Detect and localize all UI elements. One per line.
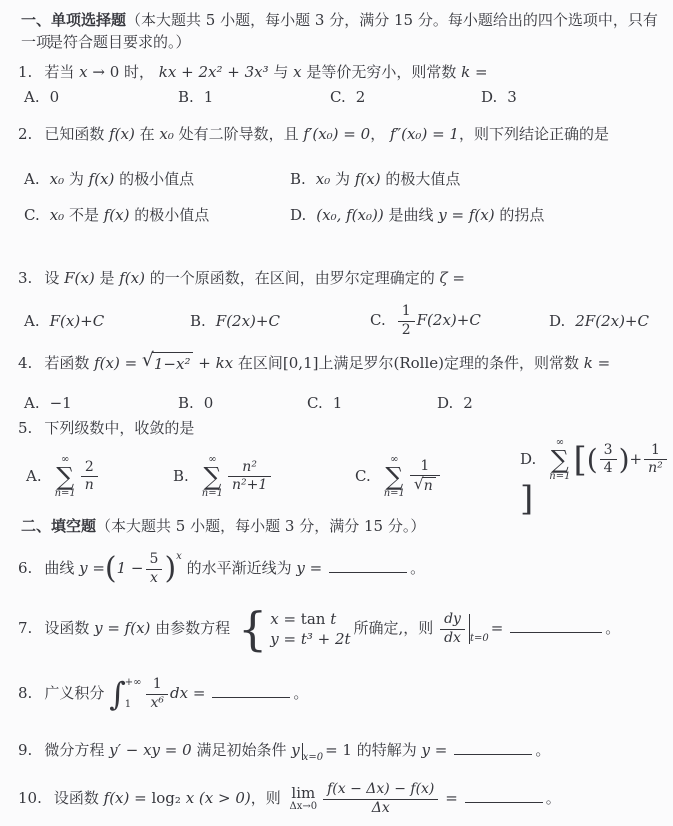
q10-x: x xyxy=(181,789,199,807)
q10-limit: limΔx→0 xyxy=(290,786,318,812)
q1-option-b-value: 1 xyxy=(204,88,214,106)
section2-desc: （本大题共 5 小题，每小题 3 分，满分 15 分。） xyxy=(96,517,425,535)
lim-subscript: Δx→0 xyxy=(290,802,318,813)
q9-text-3: 的特解为 xyxy=(352,741,422,759)
q6-answer-blank xyxy=(329,559,407,573)
question-9-number: 9. xyxy=(18,741,32,759)
q8-denominator: x⁶ xyxy=(146,695,168,712)
q3-Fx: F(x) xyxy=(64,269,95,287)
q1-option-b-label: B. xyxy=(178,88,194,106)
q9-y: y xyxy=(291,741,299,759)
q5-option-c-sum: ∞∑n=1 xyxy=(384,455,405,499)
q5-option-d: D.∞∑n=1[(34)+1n²] xyxy=(520,438,673,516)
q2-option-c-text2: 的极小值点 xyxy=(129,206,209,224)
q5-d-numerator1: 3 xyxy=(600,443,617,461)
q7-equals: = xyxy=(491,619,504,637)
question-3-options: A.F(x)+C B.F(2x)+C C.12F(2x)+C D.2F(2x)+… xyxy=(0,298,673,344)
q8-equals: = xyxy=(193,684,206,702)
q5-option-a: A.∞∑n=12n xyxy=(26,455,173,499)
q5-option-a-fraction: 2n xyxy=(81,460,98,494)
q6-y-equals: y = xyxy=(79,559,105,577)
q2-option-d-curve: y = f(x) xyxy=(438,206,494,224)
question-8: 8.广义积分 ∫+∞11x⁶dx =。 xyxy=(18,676,667,712)
integral-icon: ∫ xyxy=(109,678,126,710)
curly-brace: { xyxy=(238,606,267,652)
q5-option-b-label: B. xyxy=(173,467,189,485)
q2-option-c-fx: f(x) xyxy=(104,206,130,224)
q5-c-denominator: √n xyxy=(410,476,440,495)
q4-radicand: 1−x² xyxy=(152,352,194,376)
q4-option-b-label: B. xyxy=(178,394,194,412)
q10-numerator: f(x − Δx) − f(x) xyxy=(323,782,438,800)
section2-marker: 二、 xyxy=(21,517,51,535)
q5-c-radicand: n xyxy=(422,477,436,495)
question-4-options: A.−1 B.0 C.1 D.2 xyxy=(0,394,673,412)
q2-text-5: ，则下列结论正确的是 xyxy=(459,125,609,143)
q7-eq2-equals: = xyxy=(279,630,301,648)
q8-lower-limit: 1 xyxy=(125,698,142,713)
q7-eq1-t: t xyxy=(330,610,336,628)
q3-fx: f(x) xyxy=(119,269,145,287)
q6-one-minus: 1 − xyxy=(117,559,144,577)
q10-answer-blank xyxy=(465,789,543,803)
q7-parametric-system: {x = tan ty = t³ + 2t xyxy=(238,606,351,652)
q3-option-a-value: F(x)+C xyxy=(50,312,105,330)
q2-option-b-x0: x₀ xyxy=(316,170,330,188)
q3-option-c-label: C. xyxy=(370,311,386,329)
q2-x0: x₀ xyxy=(159,125,173,143)
q10-log: log₂ xyxy=(151,789,180,807)
q3-option-c-denominator: 2 xyxy=(398,322,415,339)
q2-text-2: 在 xyxy=(135,125,160,143)
q5-option-d-label: D. xyxy=(520,450,536,468)
right-paren: ) xyxy=(619,443,630,476)
q7-eq1-x: x xyxy=(270,610,278,628)
q2-text-3: 处有二阶导数，且 xyxy=(174,125,304,143)
q4-option-b-value: 0 xyxy=(204,394,214,412)
q6-text-1: 曲线 xyxy=(44,559,79,577)
q1-polynomial: kx + 2x² + 3x³ xyxy=(159,63,269,81)
q5-option-c-fraction: 1√n xyxy=(410,459,440,495)
q4-option-c: C.1 xyxy=(307,394,437,412)
q4-text-2: 在区间 xyxy=(233,354,283,372)
q3-option-c: C.12F(2x)+C xyxy=(370,304,549,338)
q3-text-1: 设 xyxy=(44,269,64,287)
section1-marker: 一、 xyxy=(21,11,51,29)
q10-text-2: ，则 xyxy=(251,789,286,807)
q4-option-c-value: 1 xyxy=(333,394,343,412)
q9-ode: y′ − xy = 0 xyxy=(109,741,192,759)
q5-option-d-fraction1: 34 xyxy=(600,443,617,477)
q7-eq2-y: y xyxy=(270,630,278,648)
q3-option-d: D.2F(2x)+C xyxy=(549,312,673,330)
q5-option-d-sum: ∞∑n=1 xyxy=(549,438,570,482)
q4-option-a-value: −1 xyxy=(50,394,72,412)
q8-dx: dx xyxy=(170,684,188,702)
q1-option-c-value: 2 xyxy=(356,88,366,106)
q5-option-b-fraction: n²n²+1 xyxy=(228,460,271,494)
section1-desc-cont: 是符合题目要求的。） xyxy=(48,33,191,51)
question-9: 9.微分方程 y′ − xy = 0 满足初始条件 yx=0= 1 的特解为 y… xyxy=(18,740,667,762)
q2-text-1: 已知函数 xyxy=(44,125,109,143)
q7-eval-point: t=0 xyxy=(470,633,489,644)
left-paren: ( xyxy=(587,443,598,476)
q6-exponent: x xyxy=(176,551,182,562)
q5-d-numerator2: 1 xyxy=(644,443,667,461)
q3-text-2: 是 xyxy=(95,269,120,287)
q10-text-1: 设函数 xyxy=(54,789,104,807)
q9-text-2: 满足初始条件 xyxy=(192,741,292,759)
q2-fx: f(x) xyxy=(109,125,135,143)
q6-text-2: 的水平渐近线为 xyxy=(182,559,297,577)
q2-option-a-text2: 的极小值点 xyxy=(114,170,194,188)
question-8-number: 8. xyxy=(18,684,32,702)
sum-lower-limit: n=1 xyxy=(549,472,570,482)
q7-text-1: 设函数 xyxy=(44,619,94,637)
q2-option-c-label: C. xyxy=(24,206,40,224)
sigma-icon: ∑ xyxy=(56,465,74,489)
q9-equals-1: = 1 xyxy=(325,741,352,759)
q7-y-fx: y = f(x) xyxy=(94,619,150,637)
q9-answer-lhs: y = xyxy=(422,741,448,759)
q4-option-d-label: D. xyxy=(437,394,453,412)
q3-option-b: B.F(2x)+C xyxy=(190,312,370,330)
q2-text-4: ， xyxy=(370,125,390,143)
q2-option-d-label: D. xyxy=(290,206,306,224)
q9-answer-blank xyxy=(454,741,532,755)
q6-period: 。 xyxy=(410,559,425,577)
q4-fx-equals: f(x) = xyxy=(94,354,142,372)
q6-fraction: 5x xyxy=(146,552,163,586)
sum-lower-limit: n=1 xyxy=(202,489,223,499)
q5-a-denominator: n xyxy=(81,477,98,494)
q5-a-numerator: 2 xyxy=(81,460,98,478)
q4-option-d-value: 2 xyxy=(463,394,473,412)
sigma-icon: ∑ xyxy=(203,465,221,489)
q10-equals: = xyxy=(445,789,458,807)
q6-denominator: x xyxy=(146,570,163,587)
q2-option-b-text2: 的极大值点 xyxy=(381,170,461,188)
q3-option-a-label: A. xyxy=(24,312,40,330)
q5-b-numerator: n² xyxy=(228,460,271,478)
q1-k-equals: k = xyxy=(461,63,487,81)
q4-option-a: A.−1 xyxy=(24,394,178,412)
section1-title: 单项选择题 xyxy=(51,11,126,29)
q3-option-c-value: F(2x)+C xyxy=(417,311,481,329)
right-bracket: ] xyxy=(520,479,533,519)
q1-option-d-value: 3 xyxy=(507,88,517,106)
q5-option-c-label: C. xyxy=(355,467,371,485)
q4-option-d: D.2 xyxy=(437,394,673,412)
q2-option-d-text1: 是曲线 xyxy=(384,206,439,224)
q1-var-x2: x xyxy=(293,63,301,81)
q8-fraction: 1x⁶ xyxy=(146,677,168,711)
q5-d-denominator2: n² xyxy=(644,460,667,477)
question-6: 6.曲线 y =(1 −5x)x 的水平渐近线为 y =。 xyxy=(18,552,667,586)
q3-option-d-label: D. xyxy=(549,312,565,330)
q8-period: 。 xyxy=(293,684,308,702)
q7-equations: x = tan ty = t³ + 2t xyxy=(270,611,350,648)
q5-option-b: B.∞∑n=1n²n²+1 xyxy=(173,455,355,499)
q2-option-a-text1: 为 xyxy=(64,170,89,188)
q5-c-sqrt: √n xyxy=(414,477,436,495)
q1-option-a: A.0 xyxy=(24,88,178,106)
q9-eval-point: x=0 xyxy=(303,752,323,763)
q3-option-c-fraction: 12 xyxy=(398,304,415,338)
q2-fdblprime: f″(x₀) = 1 xyxy=(390,125,459,143)
q9-period: 。 xyxy=(535,741,550,759)
section1-header-line2: 是符合题目要求的。） xyxy=(48,32,667,54)
q4-k-equals: k = xyxy=(584,354,610,372)
question-3-number: 3. xyxy=(18,269,32,287)
question-4-number: 4. xyxy=(18,354,32,372)
q6-answer-lhs: y = xyxy=(296,559,322,577)
q7-text-3: 所确定,，则 xyxy=(354,619,439,637)
q7-answer-blank xyxy=(510,619,602,633)
q10-domain: (x > 0) xyxy=(199,789,251,807)
section2-title: 填空题 xyxy=(51,517,96,535)
q3-zeta: ζ = xyxy=(439,269,464,287)
lim-label: lim xyxy=(291,786,315,802)
question-5: 5.下列级数中，收敛的是 xyxy=(18,418,667,440)
q7-eq2-expr: t³ + 2t xyxy=(301,630,351,648)
question-4: 4.若函数 f(x) = √1−x² + kx 在区间[0,1]上满足罗尔(Ro… xyxy=(18,352,667,376)
q5-d-denominator1: 4 xyxy=(600,460,617,477)
question-10-number: 10. xyxy=(18,789,42,807)
q4-text-3: 上满足罗尔(Rolle)定理的条件，则常数 xyxy=(318,354,583,372)
q5-text-1: 下列级数中，收敛的是 xyxy=(44,419,194,437)
question-1-options: A.0 B.1 C.2 D.3 xyxy=(0,88,673,106)
q7-equation-1: x = tan t xyxy=(270,611,350,628)
q1-option-c: C.2 xyxy=(330,88,481,106)
sum-lower-limit: n=1 xyxy=(384,489,405,499)
question-5-options: A.∞∑n=12n B.∞∑n=1n²n²+1 C.∞∑n=11√n D.∞∑n… xyxy=(0,438,673,512)
q1-option-c-label: C. xyxy=(330,88,346,106)
q2-option-a-fx: f(x) xyxy=(89,170,115,188)
q4-option-b: B.0 xyxy=(178,394,307,412)
question-7-number: 7. xyxy=(18,619,32,637)
q2-option-d: D.(x₀, f(x₀)) 是曲线 y = f(x) 的拐点 xyxy=(290,204,673,225)
sum-lower-limit: n=1 xyxy=(55,489,76,499)
q1-option-d-label: D. xyxy=(481,88,497,106)
question-1-number: 1. xyxy=(18,63,32,81)
q3-option-a: A.F(x)+C xyxy=(24,312,190,330)
q7-text-2: 由参数方程 xyxy=(150,619,235,637)
q9-text-1: 微分方程 xyxy=(44,741,109,759)
q2-option-b-label: B. xyxy=(290,170,306,188)
q5-option-b-sum: ∞∑n=1 xyxy=(202,455,223,499)
left-paren: ( xyxy=(105,551,117,586)
question-2-number: 2. xyxy=(18,125,32,143)
q1-option-b: B.1 xyxy=(178,88,330,106)
question-1: 1.若当 x → 0 时， kx + 2x² + 3x³ 与 x 是等价无穷小，… xyxy=(18,62,667,84)
sigma-icon: ∑ xyxy=(385,465,403,489)
q1-zero: 0 xyxy=(110,63,120,81)
q2-option-b-text1: 为 xyxy=(330,170,355,188)
q5-c-numerator: 1 xyxy=(410,459,440,477)
q1-option-d: D.3 xyxy=(481,88,673,106)
q10-difference-quotient: f(x − Δx) − f(x)Δx xyxy=(323,782,438,816)
q10-period: 。 xyxy=(546,789,561,807)
plus-sign: + xyxy=(630,450,643,468)
q7-eq1-tan: = tan xyxy=(279,610,331,628)
q2-fprime: f′(x₀) = 0 xyxy=(303,125,370,143)
q2-option-d-point: (x₀, f(x₀)) xyxy=(316,206,383,224)
q4-sqrt: √1−x² xyxy=(142,352,194,376)
sigma-icon: ∑ xyxy=(551,448,569,472)
q5-option-c: C.∞∑n=11√n xyxy=(355,455,520,499)
q8-answer-blank xyxy=(212,684,290,698)
q2-option-c: C.x₀ 不是 f(x) 的极小值点 xyxy=(24,204,290,225)
q7-dy: dy xyxy=(440,612,465,630)
section2-header: 二、填空题（本大题共 5 小题，每小题 3 分，满分 15 分。） xyxy=(21,516,667,538)
q10-denominator: Δx xyxy=(323,800,438,817)
q6-numerator: 5 xyxy=(146,552,163,570)
q1-text-1: 若当 xyxy=(44,63,79,81)
q1-arrow: → xyxy=(92,63,105,81)
q8-integral: ∫+∞1 xyxy=(109,676,141,712)
q10-fx-equals: f(x) = xyxy=(104,789,152,807)
q4-option-a-label: A. xyxy=(24,394,40,412)
q4-interval: [0,1] xyxy=(283,354,319,372)
q8-integral-limits: +∞1 xyxy=(125,676,142,712)
q5-option-a-sum: ∞∑n=1 xyxy=(55,455,76,499)
q7-derivative-fraction: dydx xyxy=(440,612,465,646)
q2-option-d-text2: 的拐点 xyxy=(495,206,545,224)
q1-text-4: 是等价无穷小，则常数 xyxy=(302,63,462,81)
q1-var-x: x xyxy=(79,63,87,81)
exam-document: 一、单项选择题（本大题共 5 小题，每小题 3 分，满分 15 分。每小题给出的… xyxy=(0,0,673,826)
left-bracket: [ xyxy=(573,440,586,480)
q8-numerator: 1 xyxy=(146,677,168,695)
q1-text-2: 时， xyxy=(119,63,159,81)
question-5-number: 5. xyxy=(18,419,32,437)
q4-option-c-label: C. xyxy=(307,394,323,412)
q2-option-c-x0: x₀ xyxy=(50,206,64,224)
q4-plus-kx: + kx xyxy=(193,354,233,372)
q2-option-b-fx: f(x) xyxy=(355,170,381,188)
q1-option-a-value: 0 xyxy=(50,88,60,106)
q4-text-1: 若函数 xyxy=(44,354,94,372)
right-paren: ) xyxy=(164,551,176,586)
q1-option-a-label: A. xyxy=(24,88,40,106)
q2-option-b: B.x₀ 为 f(x) 的极大值点 xyxy=(290,168,673,189)
q3-option-c-numerator: 1 xyxy=(398,304,415,322)
q3-option-d-value: 2F(2x)+C xyxy=(575,312,649,330)
q8-upper-limit: +∞ xyxy=(125,676,142,691)
q3-text-3: 的一个原函数，在区间，由罗尔定理确定的 xyxy=(145,269,440,287)
q7-period: 。 xyxy=(605,619,620,637)
q5-b-denominator: n²+1 xyxy=(228,477,271,494)
q2-option-a: A.x₀ 为 f(x) 的极小值点 xyxy=(24,168,290,189)
question-2-options-row1: A.x₀ 为 f(x) 的极小值点 B.x₀ 为 f(x) 的极大值点 xyxy=(0,168,673,189)
question-6-number: 6. xyxy=(18,559,32,577)
question-7: 7.设函数 y = f(x) 由参数方程 {x = tan ty = t³ + … xyxy=(18,606,667,652)
q3-option-b-label: B. xyxy=(190,312,206,330)
q5-option-a-label: A. xyxy=(26,467,42,485)
q8-text-1: 广义积分 xyxy=(44,684,109,702)
q7-dx: dx xyxy=(440,630,465,647)
question-10: 10.设函数 f(x) = log₂ x (x > 0)，则 limΔx→0f(… xyxy=(18,782,667,816)
q2-option-a-label: A. xyxy=(24,170,40,188)
question-3: 3.设 F(x) 是 f(x) 的一个原函数，在区间，由罗尔定理确定的 ζ = xyxy=(18,268,667,290)
question-2: 2.已知函数 f(x) 在 x₀ 处有二阶导数，且 f′(x₀) = 0， f″… xyxy=(18,124,667,146)
q2-option-a-x0: x₀ xyxy=(50,170,64,188)
q3-option-b-value: F(2x)+C xyxy=(216,312,280,330)
q1-text-3: 与 xyxy=(269,63,294,81)
q5-option-d-fraction2: 1n² xyxy=(644,443,667,477)
q2-option-c-text1: 不是 xyxy=(64,206,104,224)
question-2-options-row2: C.x₀ 不是 f(x) 的极小值点 D.(x₀, f(x₀)) 是曲线 y =… xyxy=(0,204,673,225)
q7-equation-2: y = t³ + 2t xyxy=(270,631,350,648)
